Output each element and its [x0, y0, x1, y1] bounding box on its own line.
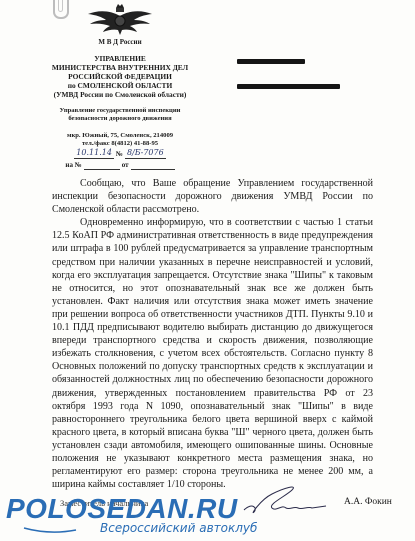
letter-body: Сообщаю, что Ваше обращение Управлением …: [52, 177, 373, 491]
number-label: №: [116, 150, 123, 159]
department-name: Управление государственной инспекции без…: [40, 107, 200, 124]
organization-name: УПРАВЛЕНИЕ МИНИСТЕРСТВА ВНУТРЕННИХ ДЕЛ Р…: [40, 54, 200, 99]
address-block: мкр. Южный, 75, Смоленск, 214009 тел./фа…: [40, 132, 200, 148]
agency-short-name: М В Д России: [40, 38, 200, 47]
letterhead: М В Д России УПРАВЛЕНИЕ МИНИСТЕРСТВА ВНУ…: [40, 2, 200, 170]
address: мкр. Южный, 75, Смоленск, 214009: [40, 132, 200, 140]
signatory-name: А.А. Фокин: [344, 497, 392, 507]
swoosh-icon: [22, 526, 78, 534]
paragraph: Одновременно информирую, что в соответст…: [52, 216, 373, 491]
ref-date-blank: [131, 161, 175, 170]
watermark-logo-text: POLOSEDAN.RU: [6, 494, 238, 524]
reference-line: на № от: [40, 159, 200, 170]
handwritten-number: 8/Б-7076: [125, 149, 166, 159]
phone: тел./факс 8(4812) 41-88-95: [40, 140, 200, 148]
ref-label: на №: [65, 161, 81, 170]
outgoing-number-line: 10.11.14 № 8/Б-7076: [40, 148, 200, 159]
ref-from-label: от: [122, 161, 129, 170]
redacted-recipient-line-1: [237, 59, 305, 64]
redacted-recipient-line-2: [237, 84, 340, 89]
ref-number-blank: [84, 161, 120, 170]
watermark-tagline: Всероссийский автоклуб: [100, 521, 257, 535]
handwritten-date: 10.11.14: [74, 149, 114, 159]
paragraph: Сообщаю, что Ваше обращение Управлением …: [52, 177, 373, 216]
mvd-eagle-emblem-icon: [88, 2, 152, 36]
watermark: POLOSEDAN.RU Всероссийский автоклуб: [6, 494, 266, 540]
